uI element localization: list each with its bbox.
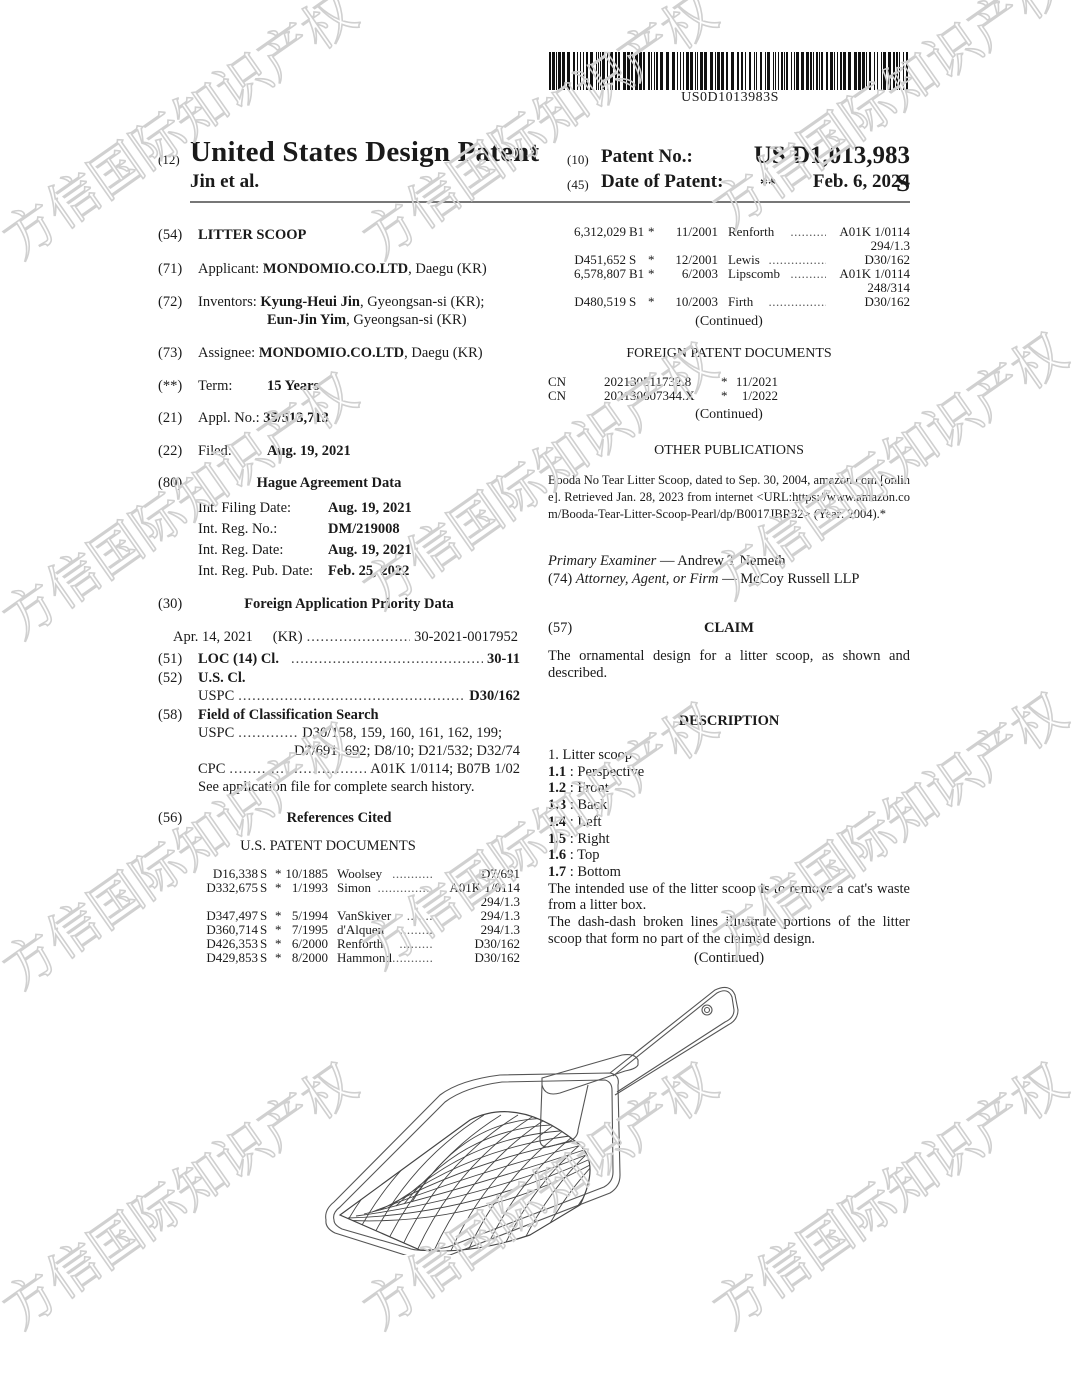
barcode-bar — [745, 52, 746, 90]
other-publication: Booda No Tear Litter Scoop, dated to Sep… — [548, 472, 910, 523]
barcode-bar — [680, 52, 681, 90]
description-item: 1. Litter scoop — [548, 747, 910, 764]
barcode-bar — [749, 52, 751, 90]
barcode-bar — [848, 52, 851, 90]
barcode-bar — [731, 52, 734, 90]
barcode-bar — [598, 52, 599, 90]
barcode-bar — [791, 52, 792, 90]
barcode-bar — [754, 52, 755, 90]
reference-row: 6,312,029B1*11/2001Renforth.............… — [560, 225, 910, 239]
reference-row: D426,353S*6/2000Renforth................… — [190, 937, 520, 951]
description-item: 1.6 : Top — [548, 847, 910, 864]
barcode-bar — [607, 52, 608, 90]
continued-label: (Continued) — [548, 406, 910, 423]
barcode-bar — [840, 52, 842, 90]
hague-row: Int. Reg. Date:Aug. 19, 2021 — [198, 542, 412, 559]
barcode-bar — [794, 52, 795, 90]
barcode-bar — [786, 52, 788, 90]
claim-text: The ornamental design for a litter scoop… — [548, 648, 910, 682]
description-item: 1.3 : Back — [548, 797, 910, 814]
priority-row: Apr. 14, 2021 (KR) 30-2021-0017952 — [173, 628, 518, 646]
barcode-bar — [631, 52, 633, 90]
barcode-bar — [726, 52, 728, 90]
description-intended-use: The intended use of the litter scoop is … — [548, 881, 910, 914]
barcode-bar — [656, 52, 658, 90]
description-item: 1.1 : Perspective — [548, 764, 910, 781]
attorney: (74) Attorney, Agent, or Firm — McCoy Ru… — [548, 571, 910, 588]
foreign-docs-heading: FOREIGN PATENT DOCUMENTS — [548, 345, 910, 362]
barcode-bar — [888, 52, 891, 90]
barcode-bar — [690, 52, 693, 90]
barcode-bar — [695, 52, 696, 90]
watermark-text: 方信国际知识产权 — [0, 1053, 368, 1341]
barcode-bar — [623, 52, 626, 90]
barcode-bar — [666, 52, 669, 90]
barcode-bar — [821, 52, 823, 90]
barcode-number: US0D1013983S — [549, 90, 911, 106]
barcode-bar — [562, 52, 565, 90]
barcode-bar — [686, 52, 689, 90]
authors: Jin et al. — [190, 171, 259, 193]
barcode-bar — [552, 52, 555, 90]
barcode-bar — [704, 52, 707, 90]
date-marker: ** — [760, 176, 776, 194]
barcode-bar — [697, 52, 698, 90]
barcode-bar — [813, 52, 814, 90]
description-broken-lines: The dash-dash broken lines illustrate po… — [548, 914, 910, 947]
barcode-bar — [648, 52, 650, 90]
barcode-bar — [843, 52, 846, 90]
patent-date-label: Date of Patent: — [601, 171, 723, 193]
watermark-text: 方信国际知识产权 — [703, 0, 1078, 241]
reference-row-cont: 248/314 — [560, 281, 910, 295]
continued-label: (Continued) — [548, 313, 910, 330]
barcode-bar — [558, 52, 561, 90]
description: 1. Litter scoop 1.1 : Perspective1.2 : F… — [548, 747, 910, 947]
reference-row: D360,714S*7/1995d'Alquen................… — [190, 923, 520, 937]
barcode-bar — [854, 52, 857, 90]
litter-scoop-drawing — [320, 965, 760, 1255]
barcode-bar — [635, 52, 638, 90]
us-references-continued: 6,312,029B1*11/2001Renforth.............… — [560, 225, 910, 309]
barcode-bar — [819, 52, 820, 90]
barcode-bar — [883, 52, 886, 90]
us-references-table: D16,338S*10/1885Woolsey.................… — [190, 867, 520, 965]
barcode-bar — [677, 52, 678, 90]
document-title: United States Design Patent — [190, 136, 539, 169]
barcode-bar — [784, 52, 785, 90]
foreign-reference-row: CN202130607344.X*1/2022 — [548, 389, 910, 403]
barcode-bar — [651, 52, 652, 90]
barcode-bar — [556, 52, 557, 90]
barcode-bar — [896, 52, 898, 90]
reference-row: D480,519S*10/2003Firth..................… — [560, 295, 910, 309]
barcode-bar — [741, 52, 743, 90]
patent-date: Feb. 6, 2024 — [790, 171, 910, 193]
barcode-bar — [869, 52, 871, 90]
barcode-bar — [672, 52, 675, 90]
barcode-bar — [549, 52, 551, 90]
inid-code-12: (12) — [158, 152, 180, 168]
barcode-bar — [903, 52, 904, 90]
reference-row: D429,853S*8/2000Hammond.................… — [190, 951, 520, 965]
reference-row-cont: 294/1.3 — [560, 239, 910, 253]
barcode-bar — [830, 52, 833, 90]
inid-code-45: (45) — [567, 177, 589, 193]
barcode-bar — [639, 52, 642, 90]
barcode-bar — [602, 52, 605, 90]
barcode-bar — [643, 52, 645, 90]
barcode-bar — [866, 52, 867, 90]
barcode-bar — [756, 52, 757, 90]
barcode-bar — [600, 52, 601, 90]
barcode-bar — [781, 52, 783, 90]
barcode-bar — [627, 52, 630, 90]
reference-row: 6,578,807B1*6/2003Lipscomb..............… — [560, 267, 910, 281]
barcode-bar — [765, 52, 766, 90]
foreign-references-table: CN202130511732.8*11/2021CN202130607344.X… — [548, 375, 910, 403]
barcode-bar — [877, 52, 878, 90]
header-divider — [190, 201, 910, 203]
barcode-bar — [775, 52, 776, 90]
barcode-bar — [810, 52, 812, 90]
barcode-bar — [737, 52, 739, 90]
barcode-bar — [610, 52, 613, 90]
barcode — [549, 52, 911, 90]
barcode-bar — [700, 52, 703, 90]
barcode-bar — [858, 52, 861, 90]
description-item: 1.5 : Right — [548, 831, 910, 848]
hague-row: Int. Filing Date:Aug. 19, 2021 — [198, 500, 412, 517]
barcode-bar — [721, 52, 724, 90]
barcode-bar — [906, 52, 908, 90]
reference-row: D451,652S*12/2001Lewis..................… — [560, 253, 910, 267]
barcode-bar — [577, 52, 578, 90]
barcode-bar — [710, 52, 713, 90]
barcode-bar — [715, 52, 716, 90]
barcode-bar — [881, 52, 882, 90]
us-patent-docs-heading: U.S. PATENT DOCUMENTS — [158, 837, 498, 855]
barcode-bar — [580, 52, 581, 90]
reference-row-cont: 294/1.3 — [190, 895, 520, 909]
barcode-bar — [596, 52, 597, 90]
barcode-bar — [573, 52, 575, 90]
barcode-bar — [816, 52, 818, 90]
barcode-bar — [654, 52, 655, 90]
barcode-bar — [801, 52, 804, 90]
barcode-bar — [590, 52, 593, 90]
barcode-bar — [567, 52, 570, 90]
barcode-bar — [618, 52, 620, 90]
barcode-bar — [874, 52, 875, 90]
reference-row: D332,675S*1/1993Simon...................… — [190, 881, 520, 895]
barcode-bar — [862, 52, 865, 90]
barcode-bar — [615, 52, 617, 90]
barcode-bar — [806, 52, 809, 90]
barcode-bar — [893, 52, 895, 90]
patent-number-label: Patent No.: — [601, 146, 693, 168]
barcode-bar — [778, 52, 779, 90]
barcode-bar — [899, 52, 900, 90]
barcode-bar — [760, 52, 762, 90]
barcode-bar — [796, 52, 799, 90]
barcode-bar — [767, 52, 770, 90]
other-publications-heading: OTHER PUBLICATIONS — [548, 442, 910, 459]
description-item: 1.2 : Front — [548, 780, 910, 797]
primary-examiner: Primary Examiner — Andrew T Nemeth — [548, 553, 910, 570]
reference-row: D16,338S*10/1885Woolsey.................… — [190, 867, 520, 881]
hague-row: Int. Reg. No.:DM/219008 — [198, 521, 400, 538]
claim-heading: CLAIM — [548, 620, 910, 637]
barcode-bar — [660, 52, 663, 90]
barcode-bar — [717, 52, 720, 90]
barcode-bar — [586, 52, 588, 90]
barcode-bar — [773, 52, 774, 90]
description-heading: DESCRIPTION — [548, 713, 910, 730]
foreign-reference-row: CN202130511732.8*11/2021 — [548, 375, 910, 389]
hague-row: Int. Reg. Pub. Date:Feb. 25, 2022 — [198, 563, 409, 580]
inid-code-10: (10) — [567, 152, 589, 168]
reference-row: D347,497S*5/1994VanSkiver...............… — [190, 909, 520, 923]
barcode-bar — [826, 52, 828, 90]
description-item: 1.7 : Bottom — [548, 864, 910, 881]
barcode-bar — [837, 52, 838, 90]
description-item: 1.4 : Left — [548, 814, 910, 831]
barcode-bar — [583, 52, 584, 90]
barcode-bar — [683, 52, 684, 90]
barcode-bar — [834, 52, 835, 90]
